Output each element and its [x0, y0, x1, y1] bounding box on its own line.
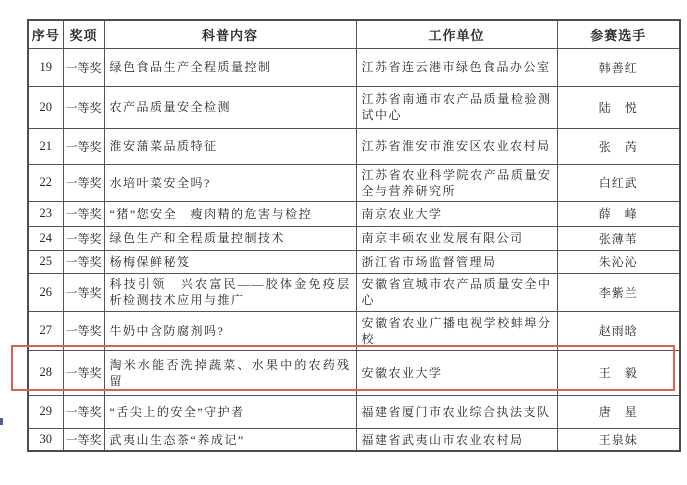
cell-work-unit: 安徽省农业广播电视学校蚌埠分校	[356, 311, 557, 350]
cell-science-content: 绿色生产和全程质量控制技术	[104, 226, 356, 250]
cell-award: 一等奖	[63, 350, 104, 395]
table-row: 24一等奖绿色生产和全程质量控制技术南京丰硕农业发展有限公司张薄苇	[28, 226, 680, 250]
table-row: 27一等奖牛奶中含防腐剂吗?安徽省农业广播电视学校蚌埠分校赵雨晗	[28, 311, 680, 350]
cell-serial-number: 20	[28, 86, 63, 128]
cell-award: 一等奖	[63, 273, 104, 311]
table-row: 25一等奖杨梅保鲜秘笈浙江省市场监督管理局朱沁沁	[28, 250, 680, 273]
cell-contestant: 韩善红	[557, 48, 680, 86]
header-contestant: 参赛选手	[557, 20, 680, 48]
table-row: 29一等奖“舌尖上的安全”守护者福建省厦门市农业综合执法支队唐 星	[28, 395, 680, 428]
cell-work-unit: 南京农业大学	[356, 201, 557, 226]
table-row: 26一等奖科技引领 兴农富民——胶体金免疫层析检测技术应用与推广安徽省宣城市农产…	[28, 273, 680, 311]
award-results-table: 序号 奖项 科普内容 工作单位 参赛选手 19一等奖绿色食品生产全程质量控制江苏…	[27, 19, 681, 452]
cell-work-unit: 南京丰硕农业发展有限公司	[356, 226, 557, 250]
cell-serial-number: 25	[28, 250, 63, 273]
cell-contestant: 陆 悦	[557, 86, 680, 128]
cell-award: 一等奖	[63, 201, 104, 226]
cell-work-unit: 江苏省南通市农产品质量检验测试中心	[356, 86, 557, 128]
cell-work-unit: 江苏省连云港市绿色食品办公室	[356, 48, 557, 86]
cell-contestant: 张薄苇	[557, 226, 680, 250]
cell-contestant: 王泉妹	[557, 428, 680, 451]
cell-work-unit: 江苏省农业科学院农产品质量安全与营养研究所	[356, 164, 557, 201]
table-row: 23一等奖“猪”您安全 瘦肉精的危害与检控南京农业大学薛 峰	[28, 201, 680, 226]
cell-award: 一等奖	[63, 428, 104, 451]
cell-work-unit: 福建省厦门市农业综合执法支队	[356, 395, 557, 428]
cell-serial-number: 21	[28, 128, 63, 164]
header-science-content: 科普内容	[104, 20, 356, 48]
cell-work-unit: 江苏省淮安市淮安区农业农村局	[356, 128, 557, 164]
cell-science-content: 淮安蒲菜品质特征	[104, 128, 356, 164]
cell-work-unit: 福建省武夷山市农业农村局	[356, 428, 557, 451]
cell-serial-number: 29	[28, 395, 63, 428]
cell-award: 一等奖	[63, 48, 104, 86]
table-row-highlighted: 28一等奖淘米水能否洗掉蔬菜、水果中的农药残留安徽农业大学王 毅	[28, 350, 680, 395]
cell-work-unit: 浙江省市场监督管理局	[356, 250, 557, 273]
table-row: 21一等奖淮安蒲菜品质特征江苏省淮安市淮安区农业农村局张 芮	[28, 128, 680, 164]
cell-work-unit: 安徽省宣城市农产品质量安全中心	[356, 273, 557, 311]
cell-serial-number: 26	[28, 273, 63, 311]
cell-award: 一等奖	[63, 395, 104, 428]
cell-contestant: 薛 峰	[557, 201, 680, 226]
cell-award: 一等奖	[63, 311, 104, 350]
table-body: 19一等奖绿色食品生产全程质量控制江苏省连云港市绿色食品办公室韩善红20一等奖农…	[28, 48, 680, 451]
table-row: 19一等奖绿色食品生产全程质量控制江苏省连云港市绿色食品办公室韩善红	[28, 48, 680, 86]
cell-contestant: 赵雨晗	[557, 311, 680, 350]
table-row: 30一等奖武夷山生态茶“养成记”福建省武夷山市农业农村局王泉妹	[28, 428, 680, 451]
cell-serial-number: 27	[28, 311, 63, 350]
cell-award: 一等奖	[63, 250, 104, 273]
cell-award: 一等奖	[63, 86, 104, 128]
table-header-row: 序号 奖项 科普内容 工作单位 参赛选手	[28, 20, 680, 48]
cell-work-unit: 安徽农业大学	[356, 350, 557, 395]
cell-science-content: 农产品质量安全检测	[104, 86, 356, 128]
cell-award: 一等奖	[63, 164, 104, 201]
cell-science-content: 杨梅保鲜秘笈	[104, 250, 356, 273]
table-row: 22一等奖水培叶菜安全吗?江苏省农业科学院农产品质量安全与营养研究所白红武	[28, 164, 680, 201]
cell-science-content: 牛奶中含防腐剂吗?	[104, 311, 356, 350]
cell-science-content: 淘米水能否洗掉蔬菜、水果中的农药残留	[104, 350, 356, 395]
header-work-unit: 工作单位	[356, 20, 557, 48]
cell-science-content: “舌尖上的安全”守护者	[104, 395, 356, 428]
cell-serial-number: 24	[28, 226, 63, 250]
cell-science-content: 水培叶菜安全吗?	[104, 164, 356, 201]
table-row: 20一等奖农产品质量安全检测江苏省南通市农产品质量检验测试中心陆 悦	[28, 86, 680, 128]
header-serial-number: 序号	[28, 20, 63, 48]
cell-award: 一等奖	[63, 128, 104, 164]
document-page: 序号 奖项 科普内容 工作单位 参赛选手 19一等奖绿色食品生产全程质量控制江苏…	[0, 0, 687, 485]
cell-award: 一等奖	[63, 226, 104, 250]
cell-contestant: 白红武	[557, 164, 680, 201]
cell-contestant: 唐 星	[557, 395, 680, 428]
cell-contestant: 王 毅	[557, 350, 680, 395]
cell-science-content: 武夷山生态茶“养成记”	[104, 428, 356, 451]
cell-serial-number: 22	[28, 164, 63, 201]
cell-science-content: “猪”您安全 瘦肉精的危害与检控	[104, 201, 356, 226]
cell-science-content: 科技引领 兴农富民——胶体金免疫层析检测技术应用与推广	[104, 273, 356, 311]
cell-contestant: 张 芮	[557, 128, 680, 164]
cell-contestant: 朱沁沁	[557, 250, 680, 273]
scan-artifact-mark	[0, 418, 3, 425]
cell-serial-number: 30	[28, 428, 63, 451]
cell-serial-number: 28	[28, 350, 63, 395]
cell-serial-number: 23	[28, 201, 63, 226]
cell-contestant: 李紫兰	[557, 273, 680, 311]
cell-science-content: 绿色食品生产全程质量控制	[104, 48, 356, 86]
cell-serial-number: 19	[28, 48, 63, 86]
header-award: 奖项	[63, 20, 104, 48]
